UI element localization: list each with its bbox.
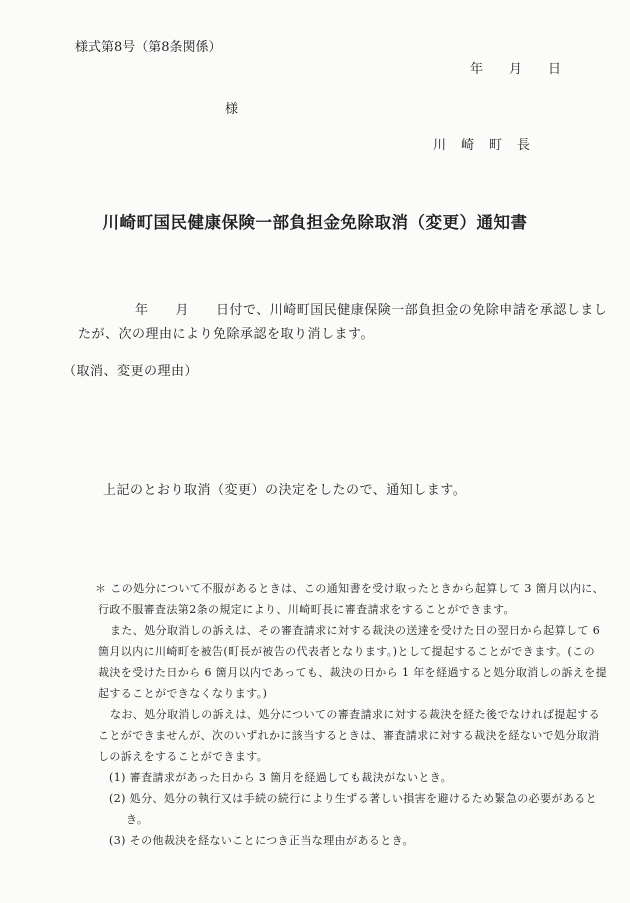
note-line: 裁決を受けた日から 6 箇月以内であっても、裁決の日から 1 年を経過すると処分… bbox=[0, 662, 630, 683]
body-paragraph-line-2: たが、次の理由により免除承認を取り消します。 bbox=[78, 327, 374, 343]
sender-mayor-title: 川 崎 町 長 bbox=[433, 138, 531, 154]
note-item-2-continuation: き。 bbox=[0, 809, 630, 830]
note-line: しの訴えをすることができます。 bbox=[0, 746, 630, 767]
reason-label: （取消、変更の理由） bbox=[63, 364, 198, 380]
issue-date-blank: 年 月 日 bbox=[470, 62, 561, 78]
notice-document-page: 様式第8号（第8条関係） 年 月 日 様 川 崎 町 長 川崎町国民健康保険一部… bbox=[0, 0, 630, 903]
form-number: 様式第8号（第8条関係） bbox=[75, 40, 222, 56]
note-item-3: (3) その他裁決を経ないことにつき正当な理由があるとき。 bbox=[0, 830, 630, 851]
note-line: ＊ この処分について不服があるときは、この通知書を受け取ったときから起算して 3… bbox=[0, 578, 630, 599]
note-line: 起することができなくなります。) bbox=[0, 683, 630, 704]
note-line: また、処分取消しの訴えは、その審査請求に対する裁決の送達を受けた日の翌日から起算… bbox=[0, 620, 630, 641]
addressee-suffix: 様 bbox=[225, 102, 238, 118]
note-line: 行政不服審査法第2条の規定により、川崎町長に審査請求をすることができます。 bbox=[0, 599, 630, 620]
decision-statement: 上記のとおり取消（変更）の決定をしたので、通知します。 bbox=[103, 483, 466, 499]
appeal-rights-note: ＊ この処分について不服があるときは、この通知書を受け取ったときから起算して 3… bbox=[0, 578, 630, 851]
body-paragraph-line-1: 年 月 日付で、川崎町国民健康保険一部負担金の免除申請を承認しまし bbox=[135, 303, 607, 319]
note-item-2: (2) 処分、処分の執行又は手続の続行により生ずる著しい損害を避けるため緊急の必… bbox=[0, 788, 630, 809]
document-title: 川崎町国民健康保険一部負担金免除取消（変更）通知書 bbox=[0, 209, 630, 233]
note-item-1: (1) 審査請求があった日から 3 箇月を経過しても裁決がないとき。 bbox=[0, 767, 630, 788]
note-line: なお、処分取消しの訴えは、処分についての審査請求に対する裁決を経た後でなければ提… bbox=[0, 704, 630, 725]
note-line: ことができませんが、次のいずれかに該当するときは、審査請求に対する裁決を経ないで… bbox=[0, 725, 630, 746]
note-line: 箇月以内に川崎町を被告(町長が被告の代表者となります。)として提起することができ… bbox=[0, 641, 630, 662]
